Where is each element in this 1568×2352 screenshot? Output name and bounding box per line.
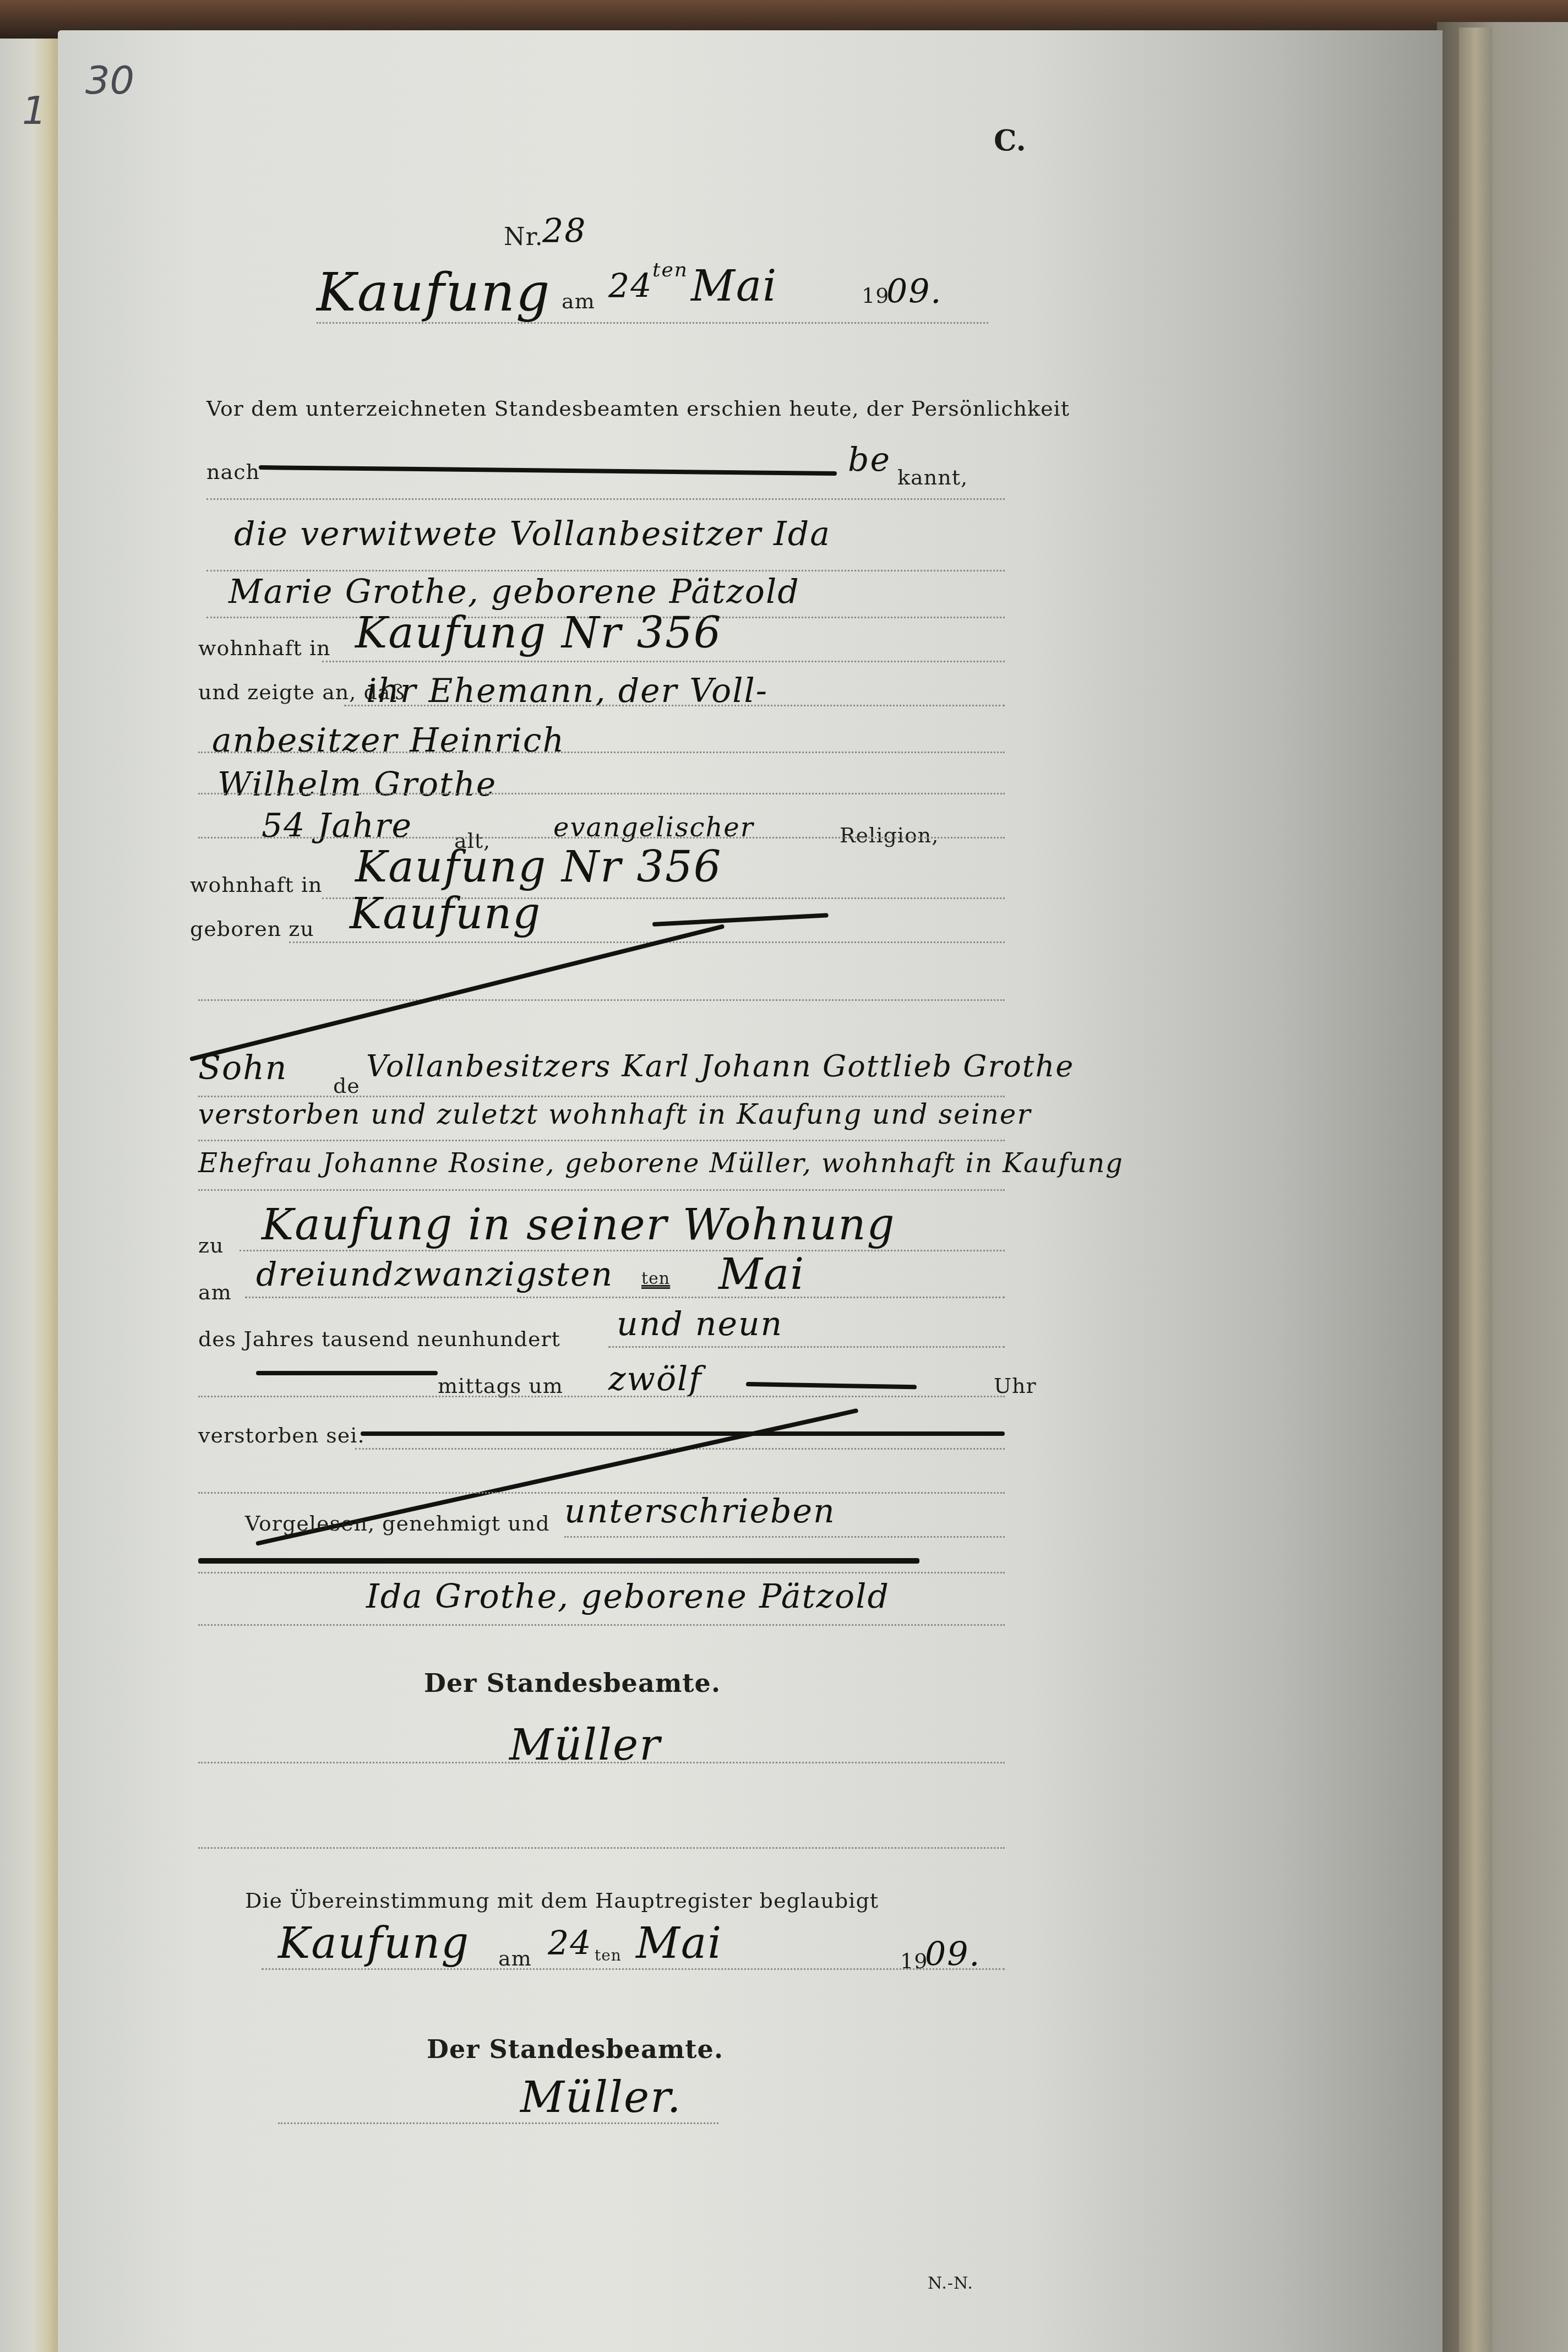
header-month: Mai bbox=[691, 262, 777, 311]
strike-line bbox=[259, 465, 837, 476]
header-dotted-line bbox=[317, 322, 988, 324]
ruled-line bbox=[198, 1572, 1005, 1574]
certification-day-suffix: ten bbox=[595, 1946, 622, 1964]
declarant-residence: Kaufung Nr 356 bbox=[355, 608, 722, 658]
ruled-line bbox=[344, 705, 1005, 706]
entry-number: 28 bbox=[542, 212, 586, 251]
register-page: 30 C. Nr. 28 Kaufung am 24 ten Mai 19 09… bbox=[58, 30, 1442, 2352]
ruled-line bbox=[198, 1140, 1005, 1141]
ruled-line bbox=[564, 1536, 1005, 1538]
ruled-line bbox=[262, 1968, 1005, 1970]
parents-line-1: Vollanbesitzers Karl Johann Gottlieb Gro… bbox=[366, 1049, 1074, 1084]
strike-line bbox=[189, 924, 725, 1061]
header-am-label: am bbox=[562, 289, 595, 313]
death-verstorben-label: verstorben sei. bbox=[198, 1423, 365, 1447]
header-day-suffix: ten bbox=[652, 259, 688, 281]
certification-day: 24 bbox=[548, 1924, 592, 1963]
death-mittags-label: mittags um bbox=[438, 1374, 563, 1398]
deceased-birthplace: Kaufung bbox=[350, 889, 541, 939]
strike-line bbox=[198, 1558, 919, 1564]
left-page-note: 1 bbox=[22, 88, 47, 133]
ruled-line bbox=[245, 1297, 1005, 1298]
ruled-line bbox=[608, 1346, 1005, 1348]
certification-registrar-signature: Müller. bbox=[520, 2073, 682, 2122]
announcement-line-3: Wilhelm Grothe bbox=[217, 765, 497, 804]
registrar-title: Der Standesbeamte. bbox=[424, 1668, 721, 1698]
death-place: Kaufung in seiner Wohnung bbox=[262, 1200, 895, 1250]
ruled-line bbox=[206, 498, 1005, 500]
deceased-geboren-label: geboren zu bbox=[190, 917, 314, 941]
declarant-wohnhaft-label: wohnhaft in bbox=[198, 636, 331, 660]
nach-label: nach bbox=[206, 460, 260, 484]
left-page-edge: 1 bbox=[0, 39, 61, 2352]
section-letter: C. bbox=[994, 124, 1026, 157]
ruled-line bbox=[198, 1762, 1005, 1763]
ruled-line bbox=[198, 793, 1005, 794]
header-year-prefix: 19 bbox=[862, 284, 889, 308]
parents-line-3: Ehefrau Johanne Rosine, geborene Müller,… bbox=[198, 1148, 1124, 1179]
ruled-line bbox=[198, 837, 1005, 839]
ruled-line bbox=[198, 1847, 1005, 1849]
death-day-suffix: ten bbox=[641, 1269, 670, 1288]
page-number: 30 bbox=[85, 58, 134, 103]
deceased-religion-label: Religion, bbox=[840, 823, 939, 847]
entry-number-label: Nr. bbox=[504, 223, 543, 251]
strike-line bbox=[746, 1382, 917, 1389]
declarant-line-2: Marie Grothe, geborene Pätzold bbox=[228, 573, 800, 611]
header-day: 24 bbox=[608, 267, 652, 306]
ruled-line bbox=[278, 2122, 718, 2124]
parents-line-2: verstorben und zuletzt wohnhaft in Kaufu… bbox=[198, 1098, 1031, 1130]
header-place: Kaufung bbox=[317, 262, 551, 323]
death-am-label: am bbox=[198, 1280, 232, 1304]
closing-vorgelesen-label: Vorgelesen, genehmigt und bbox=[245, 1511, 549, 1536]
footer-mark: N.-N. bbox=[928, 2274, 973, 2293]
header-year-suffix: 09. bbox=[886, 273, 942, 311]
certification-place: Kaufung bbox=[278, 1919, 470, 1968]
deceased-residence: Kaufung Nr 356 bbox=[355, 842, 722, 892]
death-year-words: und neun bbox=[617, 1305, 783, 1343]
intro-text: Vor dem unterzeichneten Standesbeamten e… bbox=[206, 396, 1070, 421]
death-day-words: dreiundzwanzigsten bbox=[256, 1255, 613, 1294]
page-fold-shadow bbox=[1459, 28, 1492, 2352]
certification-am-label: am bbox=[498, 1946, 532, 1970]
ruled-line bbox=[198, 1624, 1005, 1626]
death-jahres-label: des Jahres tausend neunhundert bbox=[198, 1327, 560, 1351]
death-month: Mai bbox=[718, 1250, 805, 1299]
ruled-line bbox=[198, 1096, 1005, 1097]
ruled-line bbox=[206, 570, 1005, 571]
ruled-line bbox=[198, 752, 1005, 753]
certification-month: Mai bbox=[636, 1919, 722, 1968]
strike-line bbox=[652, 913, 829, 927]
declarant-line-1: die verwitwete Vollanbesitzer Ida bbox=[234, 515, 831, 553]
ruled-line bbox=[198, 999, 1005, 1001]
right-page-edge bbox=[1437, 22, 1568, 2352]
strike-line bbox=[361, 1431, 1005, 1436]
ruled-line bbox=[239, 1250, 1005, 1251]
deceased-age: 54 Jahre bbox=[262, 807, 412, 845]
certification-text: Die Übereinstimmung mit dem Hauptregiste… bbox=[245, 1888, 879, 1913]
announcement-line-2: anbesitzer Heinrich bbox=[212, 721, 565, 760]
ruled-line bbox=[198, 1396, 1005, 1397]
ruled-line bbox=[198, 1189, 1005, 1191]
bekannt-prefix: be bbox=[848, 440, 891, 479]
certification-registrar-title: Der Standesbeamte. bbox=[427, 2034, 723, 2064]
death-hour-words: zwölf bbox=[608, 1360, 703, 1398]
strike-line bbox=[256, 1371, 438, 1375]
closing-vorgelesen-value: unterschrieben bbox=[564, 1492, 836, 1531]
death-uhr-label: Uhr bbox=[994, 1374, 1037, 1398]
ruled-line bbox=[322, 661, 1005, 662]
death-zu-label: zu bbox=[198, 1233, 224, 1257]
deceased-wohnhaft-label: wohnhaft in bbox=[190, 873, 323, 897]
parents-sohn: Sohn bbox=[198, 1049, 288, 1087]
declarant-signature: Ida Grothe, geborene Pätzold bbox=[366, 1577, 890, 1616]
bekannt-label: kannt, bbox=[897, 465, 968, 489]
parents-de-label: de bbox=[333, 1074, 360, 1098]
